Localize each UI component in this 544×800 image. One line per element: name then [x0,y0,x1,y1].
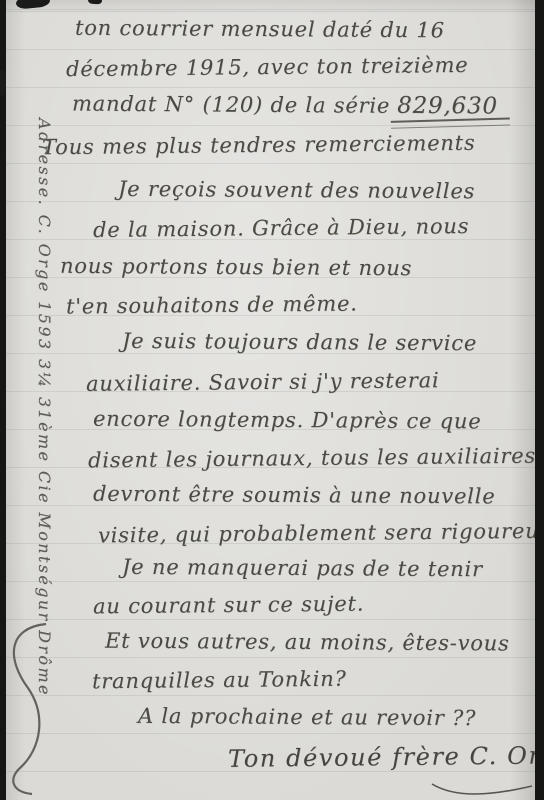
scan-edge-right [535,0,544,800]
letter-line: t'en souhaitons de même. [66,288,358,321]
letter-line: A la prochaine et au revoir ?? [138,701,476,733]
letter-line: Je reçois souvent des nouvelles [118,174,475,206]
letter-line: décembre 1915, avec ton treizième [66,50,469,84]
scanned-letter-page: ton courrier mensuel daté du 16 décembre… [0,0,544,800]
letter-line: ton courrier mensuel daté du 16 [75,13,445,46]
letter-line: encore longtemps. D'après ce que [93,404,482,437]
scan-edge-left [0,0,6,800]
letter-line: Tous mes plus tendres remerciements [42,128,476,163]
letter-line: nous portons tous bien et nous [60,251,412,283]
letter-line: devront être soumis à une nouvelle [93,479,496,512]
letter-line: auxiliaire. Savoir si j'y resterai [86,365,440,399]
series-number: 829,630 [397,91,498,122]
letter-line: disent les journaux, tous les auxiliaire… [88,441,536,476]
letter-line: mandat N° (120) de la série829,630 [72,89,498,122]
flourish-mark [2,618,60,798]
letter-line: Et vous autres, au moins, êtes-vous [105,626,510,659]
signature-flourish [430,778,535,798]
letter-line: Je ne manquerai pas de te tenir [122,552,483,585]
scan-corner-mark [0,70,6,96]
letter-line: Je suis toujours dans le service [122,326,477,358]
signature-line: Ton dévoué frère C. Orge [228,740,544,774]
letter-line-text: mandat N° (120) de la série [72,92,390,118]
letter-line: tranquilles au Tonkin? [92,664,347,697]
letter-line: au courant sur ce sujet. [93,589,365,622]
letter-line: visite, qui probablement sera rigoureuse [98,516,544,551]
letter-line: de la maison. Grâce à Dieu, nous [93,211,470,245]
